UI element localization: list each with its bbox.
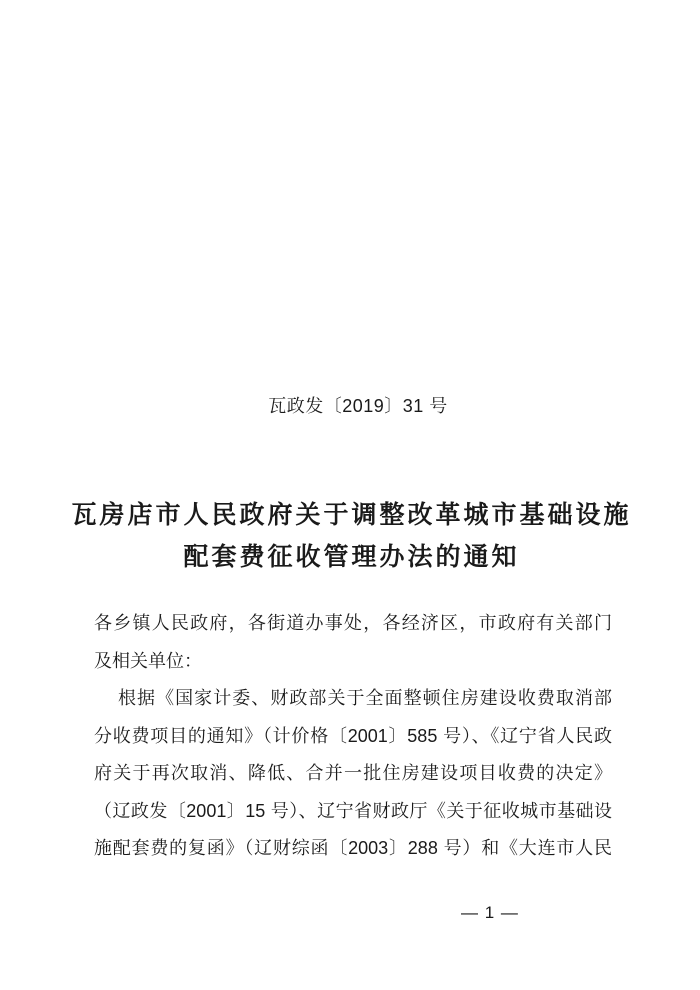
body-paragraph-line-4: （辽政发〔2001〕15 号）、辽宁省财政厅《关于征收城市基础设 bbox=[94, 793, 612, 831]
document-body: 各乡镇人民政府，各街道办事处，各经济区，市政府有关部门 及相关单位： 根据《国家… bbox=[94, 605, 612, 868]
document-page: 瓦政发〔2019〕31 号 瓦房店市人民政府关于调整改革城市基础设施 配套费征收… bbox=[0, 0, 700, 990]
salutation-line-2: 及相关单位： bbox=[94, 643, 612, 681]
salutation-line-1: 各乡镇人民政府，各街道办事处，各经济区，市政府有关部门 bbox=[94, 605, 612, 643]
page-number: — 1 — bbox=[461, 901, 519, 925]
document-title-line-1: 瓦房店市人民政府关于调整改革城市基础设施 bbox=[43, 494, 660, 536]
body-paragraph-line-2: 分收费项目的通知》（计价格〔2001〕585 号）、《辽宁省人民政 bbox=[94, 718, 612, 756]
body-paragraph-line-3: 府关于再次取消、降低、合并一批住房建设项目收费的决定》 bbox=[94, 755, 612, 793]
body-paragraph-line-5: 施配套费的复函》（辽财综函〔2003〕288 号）和《大连市人民 bbox=[94, 830, 612, 868]
body-paragraph-line-1: 根据《国家计委、财政部关于全面整顿住房建设收费取消部 bbox=[94, 680, 612, 718]
document-title: 瓦房店市人民政府关于调整改革城市基础设施 配套费征收管理办法的通知 bbox=[40, 494, 660, 578]
document-number: 瓦政发〔2019〕31 号 bbox=[8, 395, 700, 417]
document-title-line-2: 配套费征收管理办法的通知 bbox=[43, 536, 660, 578]
